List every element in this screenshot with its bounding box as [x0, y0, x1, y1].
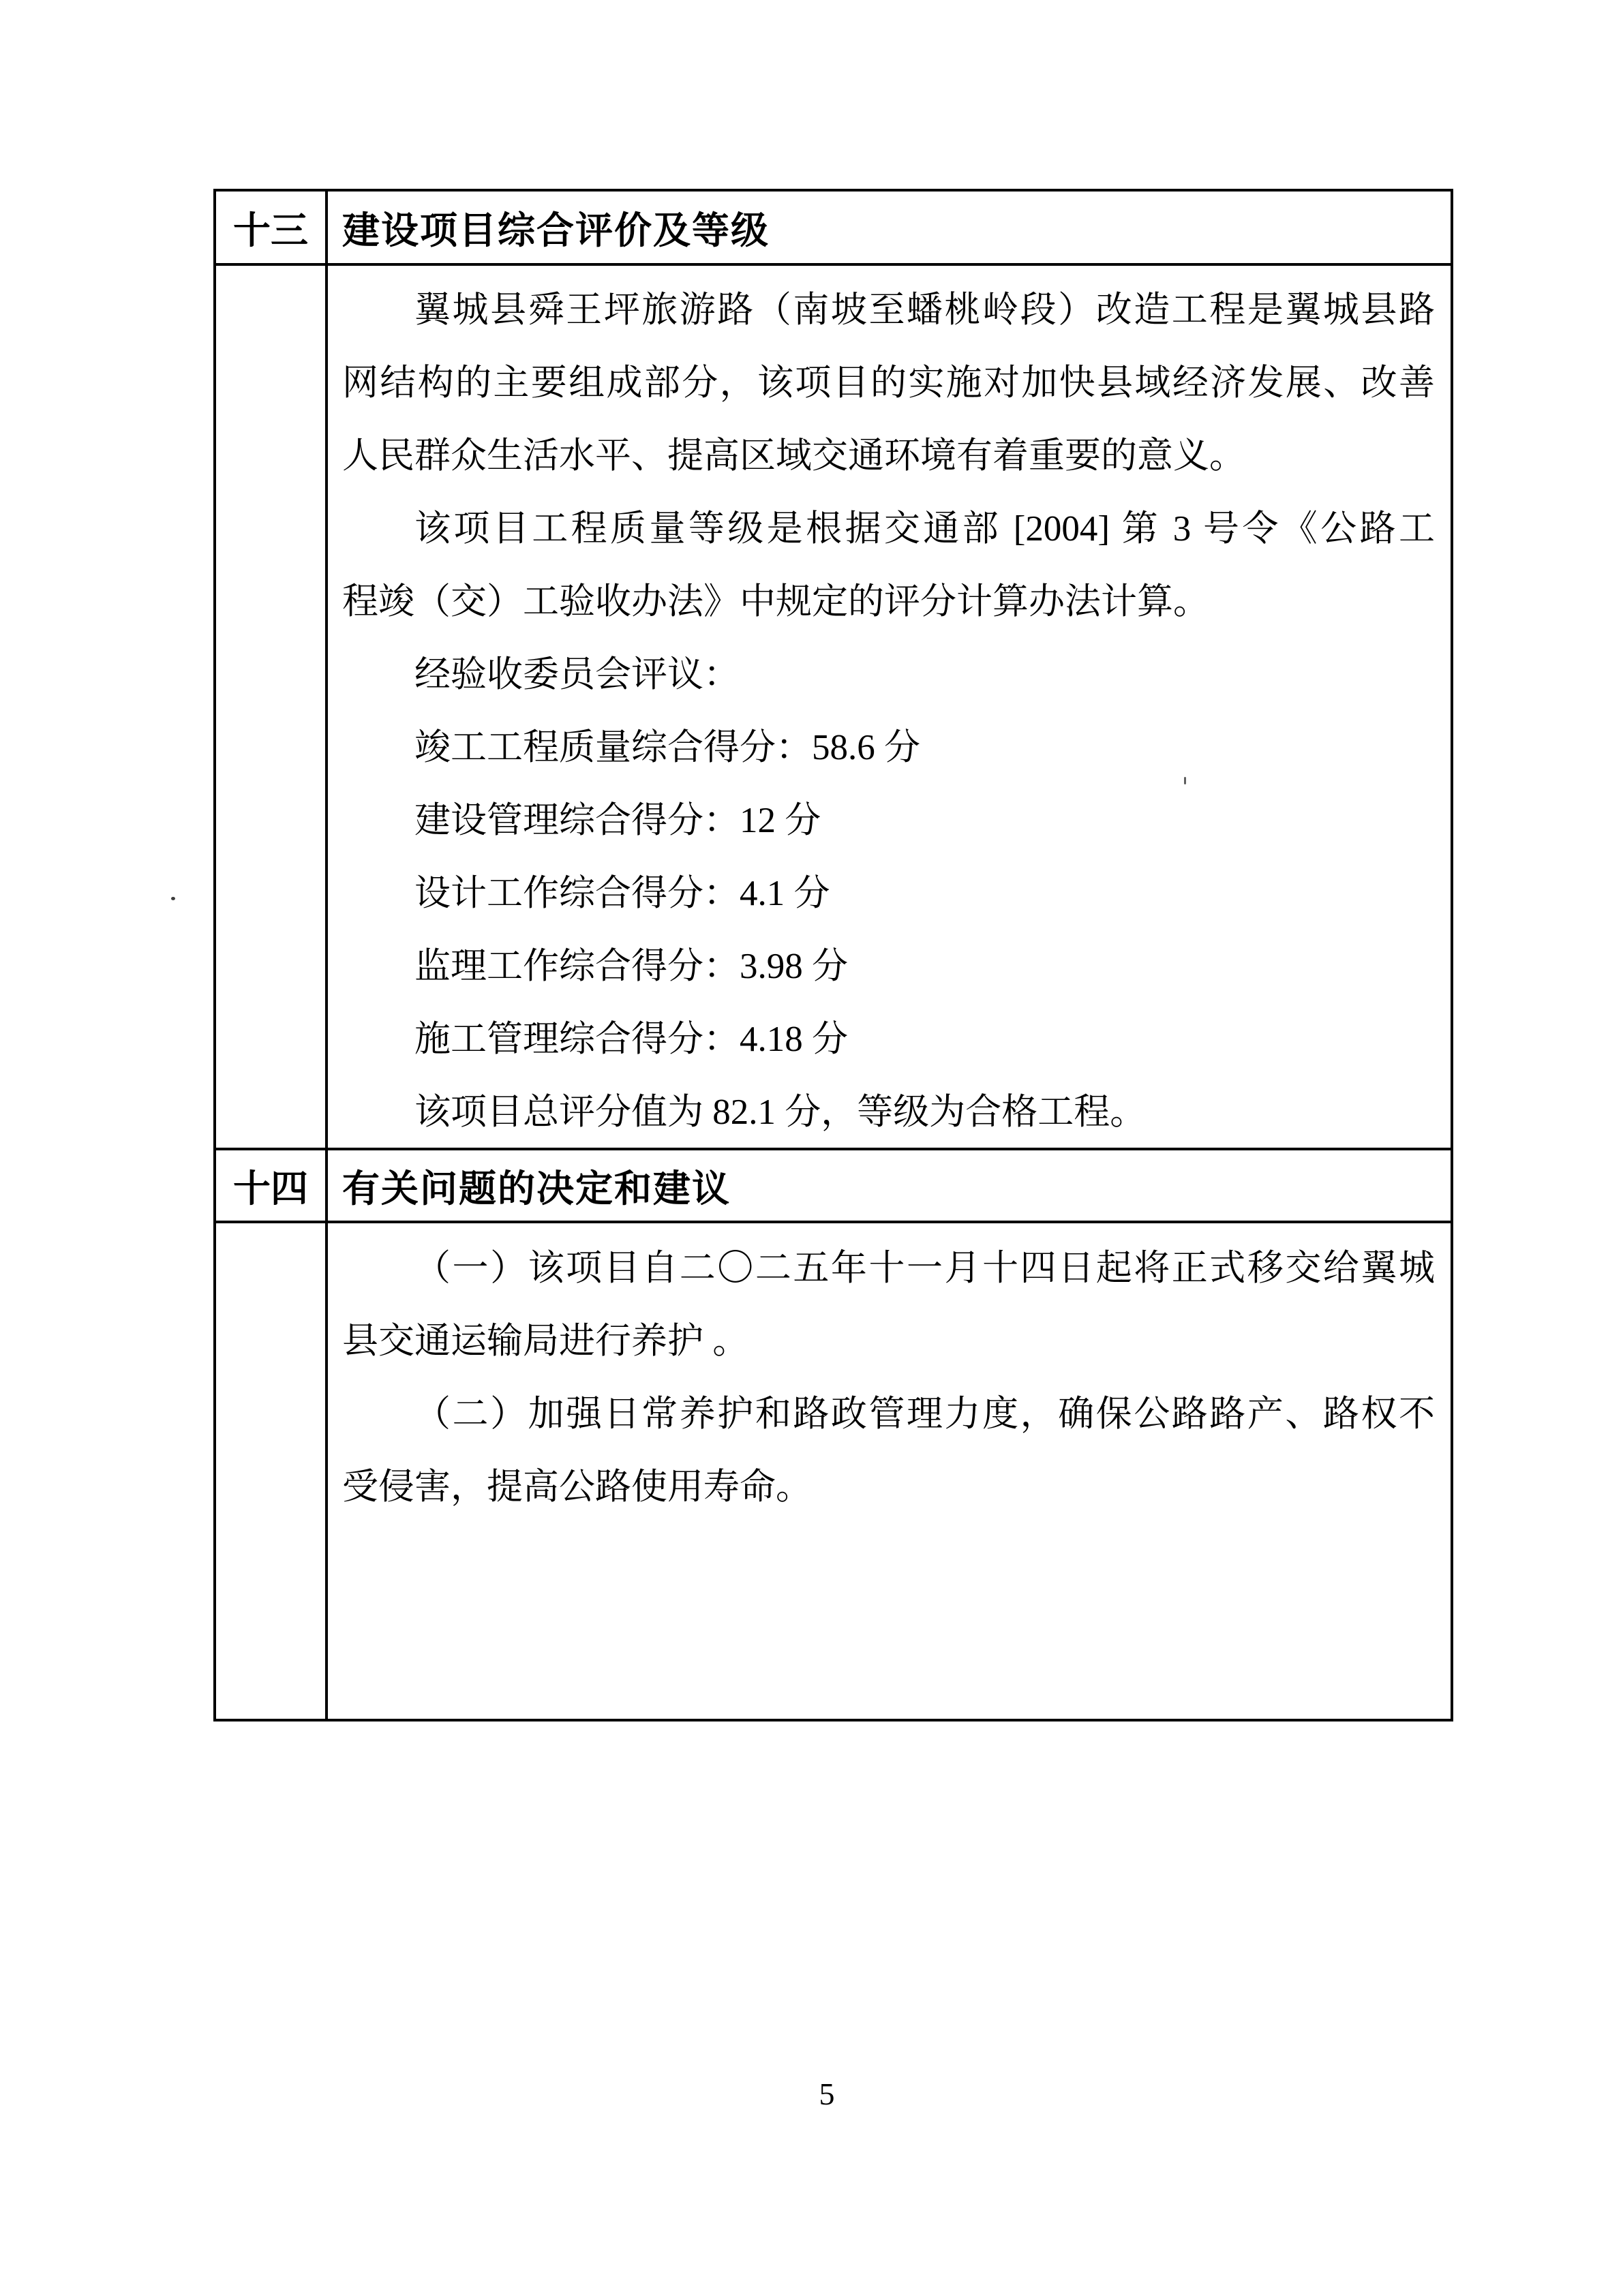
scan-speck	[1184, 777, 1186, 784]
section-14-number-cell: 十四	[216, 1150, 328, 1221]
scanned-document-page: 十三 建设项目综合评价及等级 翼城县舜王坪旅游路（南坡至蟠桃岭段）改造工程是翼城…	[0, 0, 1623, 2296]
text-line: （一）该项目自二〇二五年十一月十四日起将正式移交给翼城	[342, 1232, 1435, 1305]
text-line: 受侵害，提高公路使用寿命。	[342, 1451, 1435, 1524]
section-13-body-number-cell	[216, 266, 328, 1148]
section-14-body-number-cell	[216, 1223, 328, 1719]
scan-speck	[171, 897, 175, 900]
text-line: 经验收委员会评议：	[342, 639, 1435, 711]
text-line: 网结构的主要组成部分，该项目的实施对加快县域经济发展、改善	[342, 347, 1435, 420]
section-14-body-cell: （一）该项目自二〇二五年十一月十四日起将正式移交给翼城 县交通运输局进行养护 。…	[328, 1223, 1451, 1719]
text-line: 该项目总评分值为 82.1 分，等级为合格工程。	[342, 1076, 1435, 1149]
section-14-title: 有关问题的决定和建议	[342, 1159, 731, 1212]
page-number: 5	[810, 2077, 844, 2111]
section-13-number-cell: 十三	[216, 192, 328, 263]
section-14-title-cell: 有关问题的决定和建议	[328, 1150, 1451, 1221]
section-13-number: 十三	[233, 200, 308, 254]
section-14-body-row: （一）该项目自二〇二五年十一月十四日起将正式移交给翼城 县交通运输局进行养护 。…	[216, 1223, 1451, 1719]
section-13-title-cell: 建设项目综合评价及等级	[328, 192, 1451, 263]
section-13-header-row: 十三 建设项目综合评价及等级	[216, 192, 1451, 266]
section-14-header-row: 十四 有关问题的决定和建议	[216, 1150, 1451, 1223]
text-line: 建设管理综合得分：12 分	[342, 784, 1435, 857]
text-line: 竣工工程质量综合得分：58.6 分	[342, 711, 1435, 784]
section-13-body-row: 翼城县舜王坪旅游路（南坡至蟠桃岭段）改造工程是翼城县路 网结构的主要组成部分，该…	[216, 266, 1451, 1150]
text-line: 该项目工程质量等级是根据交通部 [2004] 第 3 号令《公路工	[342, 493, 1435, 566]
text-line: 翼城县舜王坪旅游路（南坡至蟠桃岭段）改造工程是翼城县路	[342, 274, 1435, 347]
section-13-body-cell: 翼城县舜王坪旅游路（南坡至蟠桃岭段）改造工程是翼城县路 网结构的主要组成部分，该…	[328, 266, 1451, 1148]
text-line: 设计工作综合得分：4.1 分	[342, 857, 1435, 930]
text-line: （二）加强日常养护和路政管理力度，确保公路路产、路权不	[342, 1378, 1435, 1451]
section-14-number: 十四	[233, 1159, 308, 1212]
text-line: 施工管理综合得分：4.18 分	[342, 1003, 1435, 1076]
text-line: 程竣（交）工验收办法》中规定的评分计算办法计算。	[342, 566, 1435, 639]
acceptance-report-table: 十三 建设项目综合评价及等级 翼城县舜王坪旅游路（南坡至蟠桃岭段）改造工程是翼城…	[213, 189, 1453, 1721]
text-line: 监理工作综合得分：3.98 分	[342, 930, 1435, 1003]
text-line: 人民群众生活水平、提高区域交通环境有着重要的意义。	[342, 420, 1435, 493]
section-13-title: 建设项目综合评价及等级	[342, 200, 770, 254]
text-line: 县交通运输局进行养护 。	[342, 1305, 1435, 1378]
